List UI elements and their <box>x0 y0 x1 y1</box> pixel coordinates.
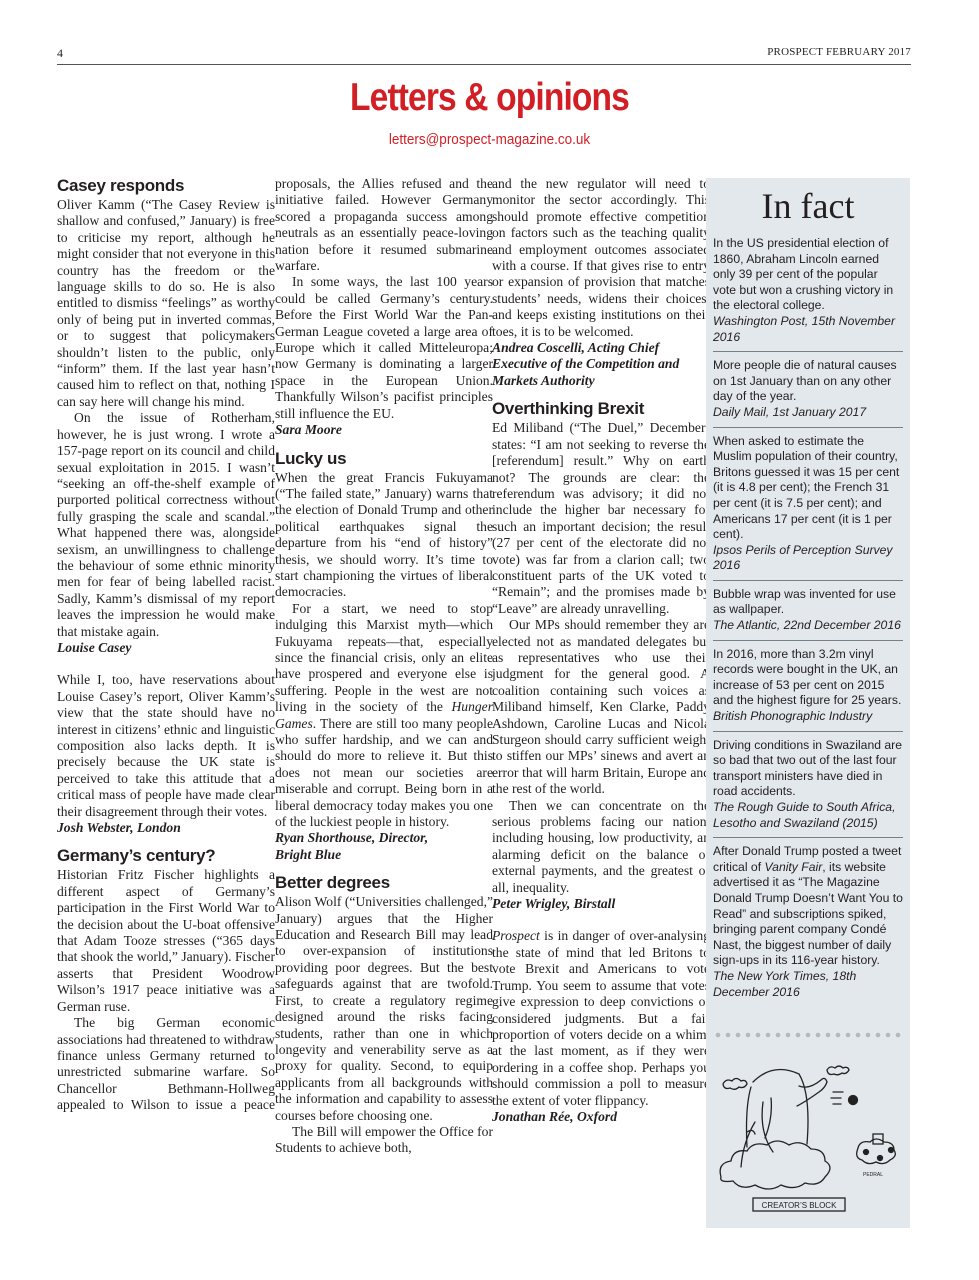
fact-source: The Rough Guide to South Africa, Lesotho… <box>713 800 903 831</box>
letter-signature: Peter Wrigley, Birstall <box>492 896 710 912</box>
column-1: Casey responds Oliver Kamm (“The Casey R… <box>57 176 275 1113</box>
letter-paragraph: While I, too, have reservations about Lo… <box>57 672 275 820</box>
letter-heading-degrees: Better degrees <box>275 873 493 893</box>
fact-source: The Atlantic, 22nd December 2016 <box>713 618 903 634</box>
fact-source: Daily Mail, 1st January 2017 <box>713 405 903 421</box>
letter-paragraph: Prospect is in danger of over-analysing … <box>492 928 710 1108</box>
dotted-divider <box>713 1032 903 1038</box>
letter-signature: Sara Moore <box>275 422 493 438</box>
svg-text:CREATOR’S BLOCK: CREATOR’S BLOCK <box>762 1201 837 1210</box>
fact-source: The New York Times, 18th December 2016 <box>713 969 903 1000</box>
fact-item: Driving conditions in Swaziland are so b… <box>713 738 903 839</box>
letter-paragraph: Our MPs should remember they are elected… <box>492 617 710 797</box>
fact-item: In the US presidential election of 1860,… <box>713 236 903 352</box>
letter-heading-germany: Germany’s century? <box>57 846 275 866</box>
fact-item: After Donald Trump posted a tweet critic… <box>713 844 903 1006</box>
letter-paragraph: For a start, we need to stop indulging t… <box>275 601 493 831</box>
fact-source: Washington Post, 15th November 2016 <box>713 314 903 345</box>
publication-issue: PROSPECT FEBRUARY 2017 <box>767 46 911 58</box>
fact-item: More people die of natural causes on 1st… <box>713 358 903 427</box>
page-title: Letters & opinions <box>69 76 911 120</box>
letter-signature: Louise Casey <box>57 640 275 656</box>
letter-signature: Jonathan Rée, Oxford <box>492 1109 710 1125</box>
column-3: and the new regulator will need to monit… <box>492 176 710 1125</box>
letter-paragraph: When the great Francis Fukuyama (“The fa… <box>275 470 493 601</box>
in-fact-sidebar: In fact In the US presidential election … <box>706 178 910 1228</box>
letter-paragraph: In some ways, the last 100 years could b… <box>275 274 493 422</box>
letter-paragraph: Then we can concentrate on the serious p… <box>492 798 710 896</box>
fact-source: Ipsos Perils of Perception Survey 2016 <box>713 543 903 574</box>
svg-text:PEDRAL: PEDRAL <box>863 1172 883 1178</box>
cartoon-drawing-icon: CREATOR’S BLOCK PEDRAL <box>713 1042 903 1212</box>
fact-item: In 2016, more than 3.2m vinyl records we… <box>713 647 903 732</box>
letter-heading-brexit: Overthinking Brexit <box>492 399 710 419</box>
letter-heading-casey: Casey responds <box>57 176 275 196</box>
letter-paragraph: On the issue of Rotherham, however, he i… <box>57 410 275 640</box>
letter-paragraph: Oliver Kamm (“The Casey Review is shallo… <box>57 197 275 410</box>
letter-paragraph: Alison Wolf (“Universities challenged,” … <box>275 894 493 1124</box>
letter-paragraph: The Bill will empower the Office for Stu… <box>275 1124 493 1157</box>
cartoon-creators-block: CREATOR’S BLOCK PEDRAL <box>713 1042 903 1212</box>
letter-paragraph-continued: proposals, the Allies refused and the in… <box>275 176 493 274</box>
letter-paragraph: Historian Fritz Fischer highlights a dif… <box>57 867 275 1015</box>
letter-signature: Josh Webster, London <box>57 820 275 836</box>
letter-signature: Andrea Coscelli, Acting ChiefExecutive o… <box>492 340 710 389</box>
letter-heading-lucky: Lucky us <box>275 449 493 469</box>
fact-item: Bubble wrap was invented for use as wall… <box>713 587 903 641</box>
letter-paragraph-continued: and the new regulator will need to monit… <box>492 176 710 340</box>
fact-item: When asked to estimate the Muslim popula… <box>713 434 903 581</box>
letter-paragraph: Ed Miliband (“The Duel,” December) state… <box>492 420 710 617</box>
letter-signature: Ryan Shorthouse, Director,Bright Blue <box>275 830 493 863</box>
fact-source: British Phonographic Industry <box>713 709 903 725</box>
page-number: 4 <box>57 46 63 61</box>
running-header: 4 PROSPECT FEBRUARY 2017 <box>57 44 911 65</box>
column-2: proposals, the Allies refused and the in… <box>275 176 493 1157</box>
letter-paragraph: The big German economic associations had… <box>57 1015 275 1113</box>
sidebar-title: In fact <box>713 184 903 228</box>
letters-email-link[interactable]: letters@prospect-magazine.co.uk <box>49 131 930 148</box>
